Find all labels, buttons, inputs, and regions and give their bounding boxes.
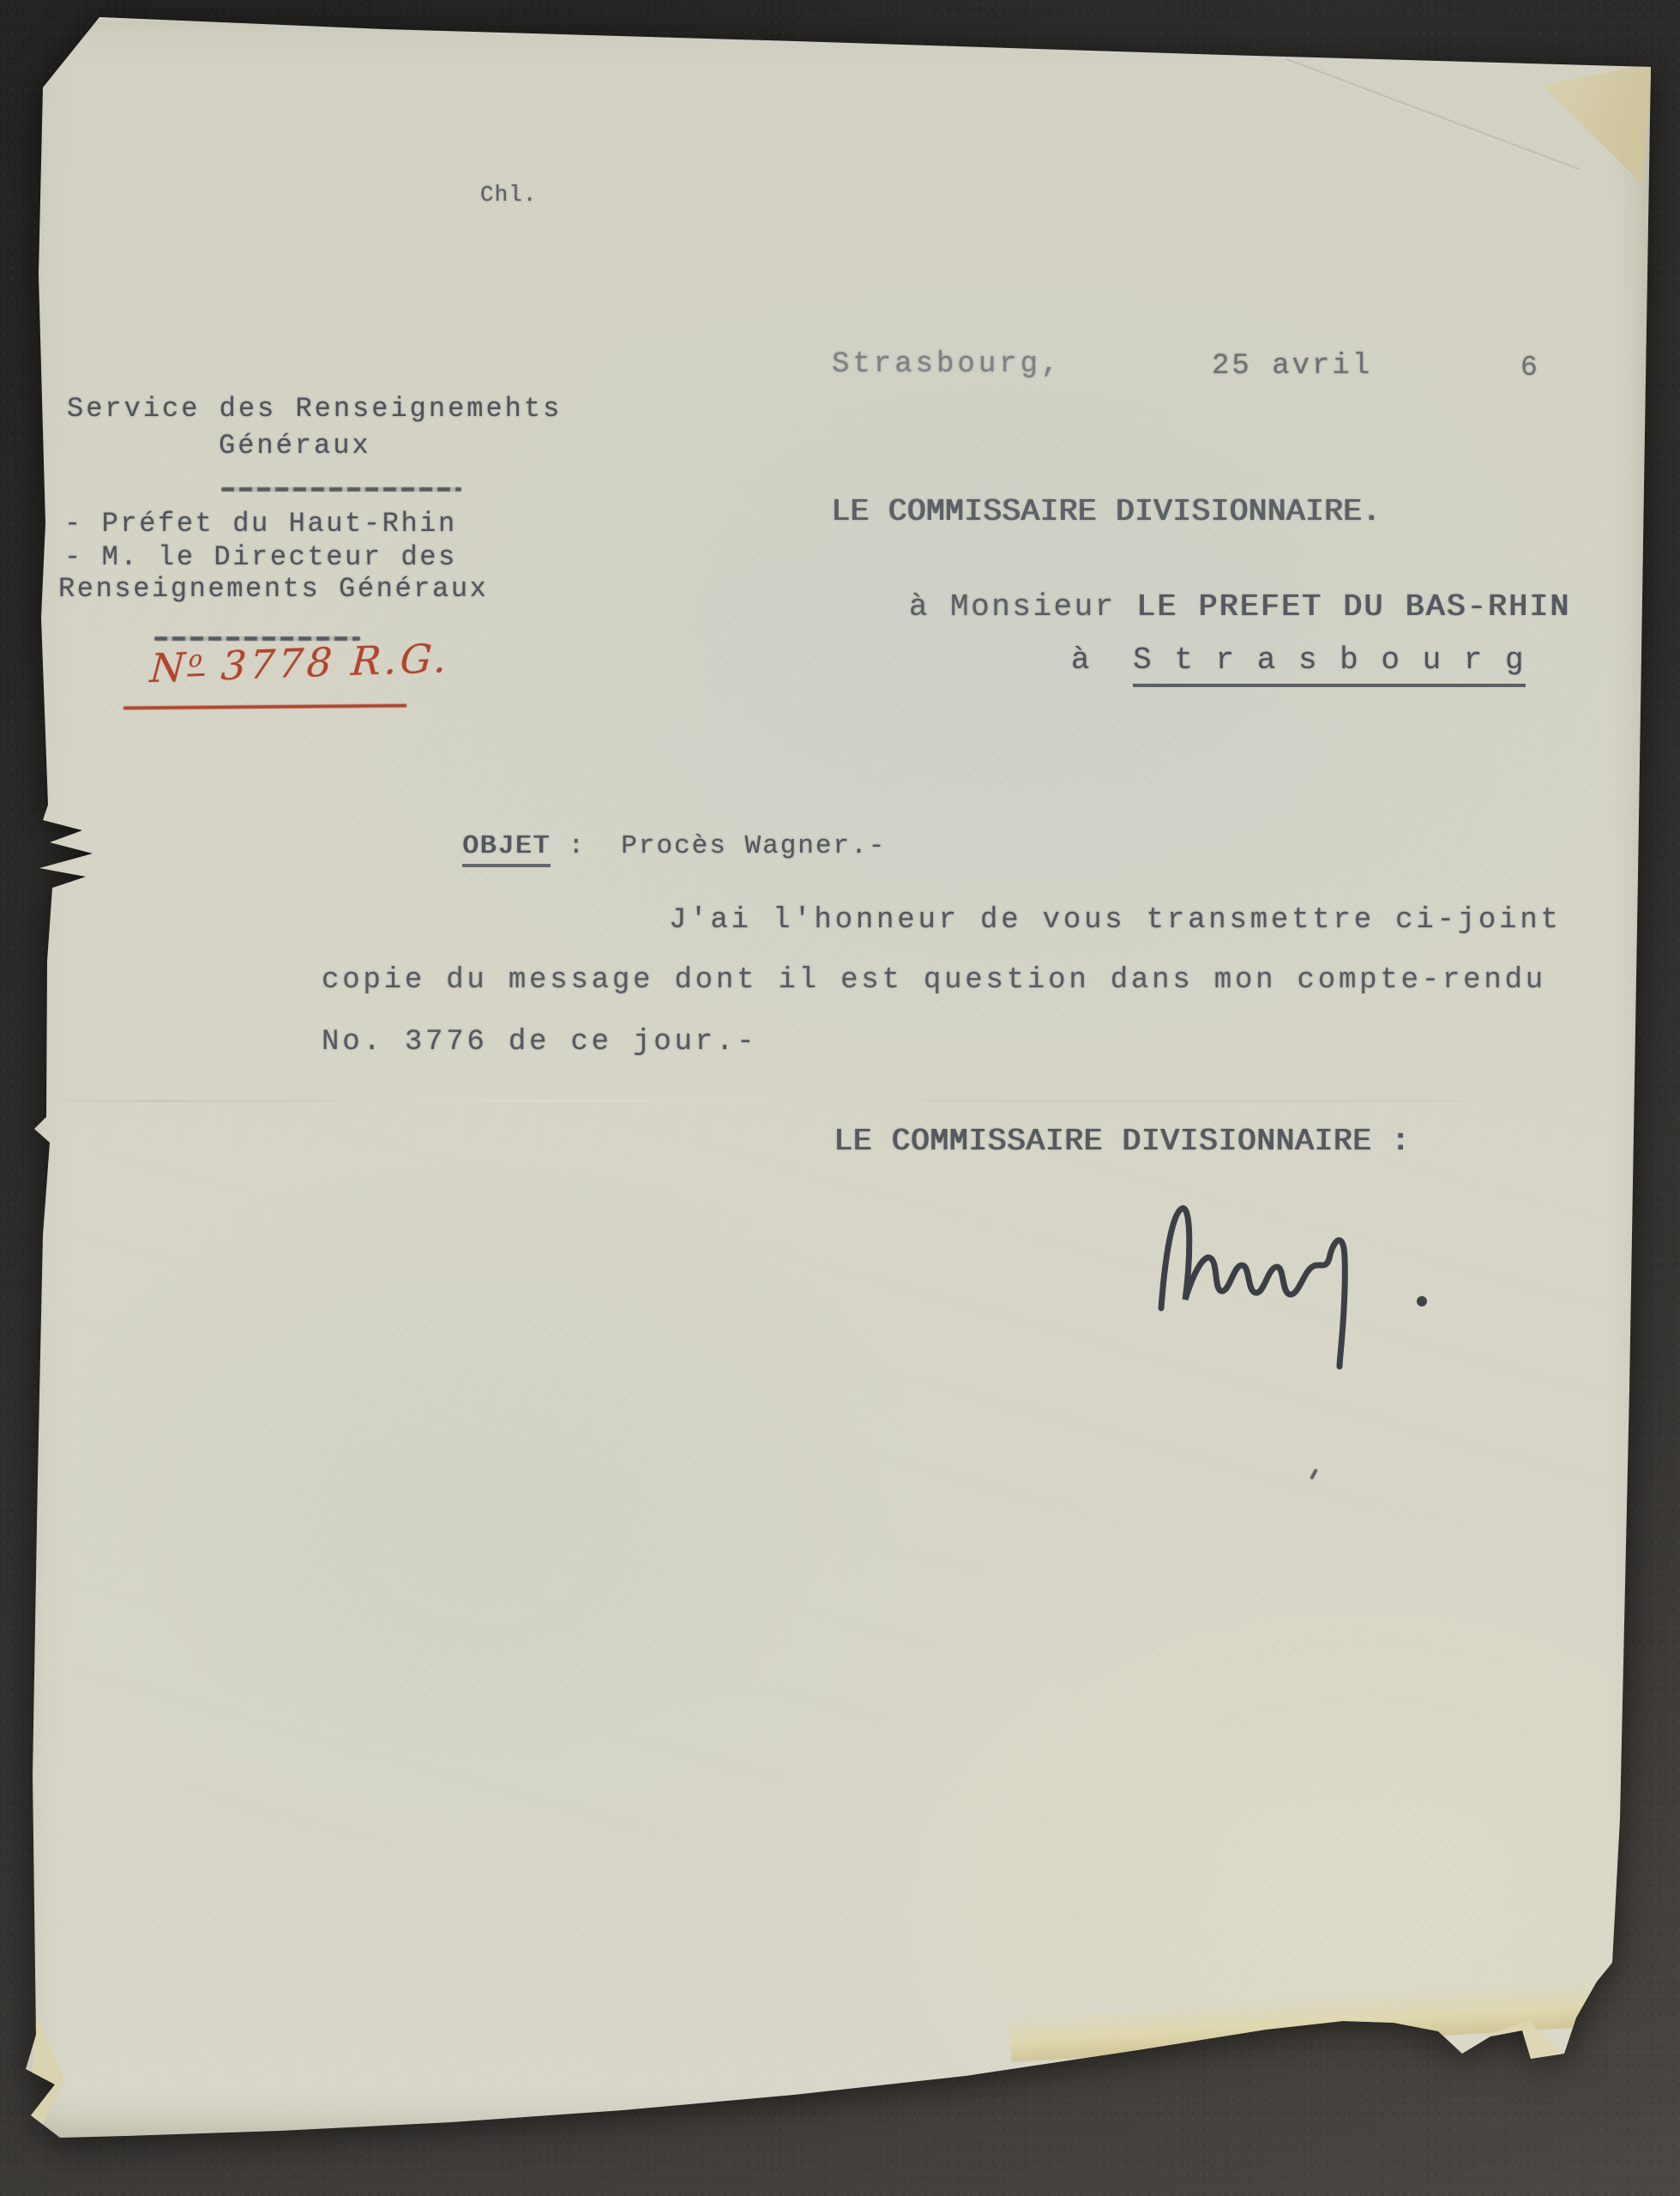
body-line-3: No. 3776 de ce jour.- xyxy=(322,1026,757,1059)
folded-corner-top-right xyxy=(1529,56,1666,193)
ink-speck xyxy=(1310,1469,1318,1480)
subject-value: Procès Wagner.- xyxy=(621,831,886,861)
sender-recipient-3: Renseignements Généraux xyxy=(58,573,488,605)
subject-colon: : xyxy=(551,831,621,861)
document-page-wrapper: Chl. Strasbourg, 25 avril 6 Service des … xyxy=(24,17,1653,2138)
closing-title: LE COMMISSAIRE DIVISIONNAIRE : xyxy=(834,1124,1410,1159)
scanned-letter-background: Chl. Strasbourg, 25 avril 6 Service des … xyxy=(0,0,1680,2196)
recipient-city-prefix: à xyxy=(1071,643,1133,678)
folded-corner-bottom-left xyxy=(24,2016,65,2138)
sender-recipient-2: - M. le Directeur des xyxy=(64,541,457,573)
body-line-1: J'ai l'honneur de vous transmettre ci-jo… xyxy=(669,904,1562,937)
reference-number: No 3778 R.G. xyxy=(148,635,451,691)
sender-recipient-1: - Préfet du Haut-Rhin xyxy=(64,508,457,540)
body-line-2: copie du message dont il est question da… xyxy=(322,964,1546,997)
page-number: 6 xyxy=(1520,352,1538,383)
recipient-city-line: à S t r a s b o u r g xyxy=(906,607,1526,713)
sender-service-line1: Service des Renseignemehts xyxy=(67,393,562,425)
recipient-city: S t r a s b o u r g xyxy=(1133,643,1526,687)
reference-number-label: N xyxy=(148,643,190,691)
dashed-rule-sender xyxy=(221,487,461,492)
recipient-title: LE COMMISSAIRE DIVISIONNAIRE. xyxy=(831,494,1381,529)
signature xyxy=(1147,1179,1456,1377)
fold-crease-top-right xyxy=(1286,58,1581,172)
dateline-city: Strasbourg, xyxy=(832,348,1062,381)
document-page: Chl. Strasbourg, 25 avril 6 Service des … xyxy=(24,17,1653,2138)
subject-line: OBJET : Procès Wagner.- xyxy=(321,801,886,891)
typist-initials: Chl. xyxy=(480,182,537,208)
horizontal-fold-crease xyxy=(24,1100,1653,1102)
reference-number-value: 3778 R.G. xyxy=(203,635,451,690)
red-underline xyxy=(123,704,406,710)
subject-label: OBJET xyxy=(462,831,551,867)
dateline-date: 25 avril xyxy=(1212,350,1372,383)
sender-service-line2: Généraux xyxy=(219,430,371,462)
